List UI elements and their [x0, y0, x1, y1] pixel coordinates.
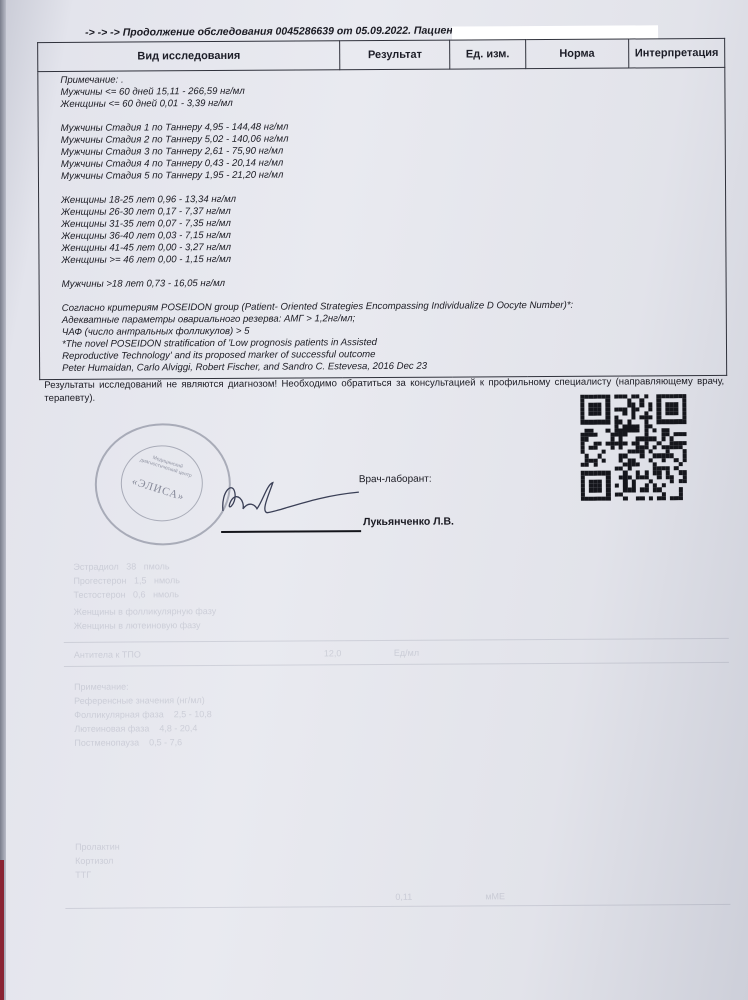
notes-cell: Примечание: . Мужчины <= 60 дней 15,11 -…: [38, 67, 727, 379]
table-header-row: Вид исследования Результат Ед. изм. Норм…: [38, 38, 725, 71]
column-header-test: Вид исследования: [38, 41, 340, 72]
column-header-interpretation: Интерпретация: [628, 38, 724, 68]
document-page: Эстрадиол 38 пмоль Прогестерон 1,5 нмоль…: [0, 0, 748, 1000]
column-header-result: Результат: [340, 40, 450, 70]
doctor-name: Лукьянченко Л.В.: [363, 516, 454, 529]
results-table: Вид исследования Результат Ед. изм. Норм…: [37, 38, 727, 380]
background-object: [0, 860, 4, 1000]
qr-code-icon: [580, 394, 687, 501]
column-header-unit: Ед. изм.: [450, 40, 526, 69]
poseidon-line: Peter Humaidan, Carlo Alviggi, Robert Fi…: [62, 359, 704, 375]
signature-line: [221, 530, 361, 533]
column-header-norm: Норма: [525, 39, 628, 69]
signature-icon: [203, 470, 363, 521]
notes-row: Примечание: . Мужчины <= 60 дней 15,11 -…: [38, 67, 727, 379]
bleed-through: Эстрадиол 38 пмоль Прогестерон 1,5 нмоль…: [0, 0, 748, 2]
continuation-header: -> -> -> Продолжение обследования 004528…: [85, 24, 462, 38]
doctor-label: Врач-лаборант:: [359, 474, 432, 485]
